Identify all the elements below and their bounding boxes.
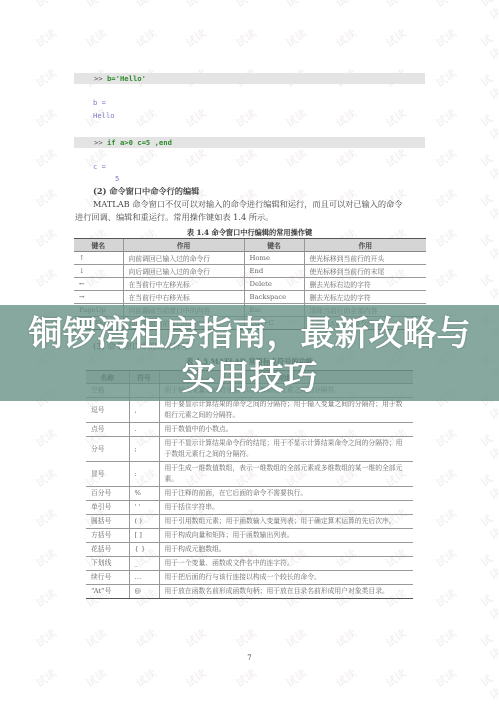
- table-caption: 表 1.4 命令窗口中行编辑的常用操作键: [0, 228, 499, 238]
- table-header-row: 键名 作用 键名 作用: [74, 239, 426, 252]
- name-cell: 方括号: [86, 529, 129, 543]
- function-cell: 使光标移到当前行的末尾: [304, 265, 426, 278]
- symbol-cell: ,: [129, 398, 159, 423]
- symbol-cell: _: [129, 557, 159, 571]
- function-cell: 用于注释的前面，在它后面的命令不需要执行。: [159, 487, 413, 501]
- column-header: 作用: [304, 239, 426, 252]
- command-text: b='Hello': [107, 74, 146, 83]
- key-cell: End: [244, 265, 304, 278]
- code-output-var-1: b =: [93, 98, 106, 107]
- name-cell: 冒号: [86, 462, 129, 487]
- function-cell: 删去光标左边的字符: [304, 291, 426, 304]
- code-output-val-2: 5: [115, 174, 119, 183]
- symbol-cell: @: [129, 585, 159, 599]
- table-row: 续行号…用于把后面的行与该行连接以构成一个较长的命令。: [86, 571, 413, 585]
- symbol-cell: %: [129, 487, 159, 501]
- command-text: if a>0 c=5 ,end: [107, 138, 172, 147]
- name-cell: 花括号: [86, 543, 129, 557]
- table-row: 分号;用于不显示计算结果命令行的结尾；用于不显示计算结果命令之间的分隔符；用于数…: [86, 437, 413, 462]
- table-row: 下划线_用于一个变量、函数或文件名中的连字符。: [86, 557, 413, 571]
- table-row: 逗号,用于要显示计算结果的命令之间的分隔符；用于输入变量之间的分隔符；用于数组行…: [86, 398, 413, 423]
- function-cell: 在当前行中左移光标: [123, 278, 244, 291]
- function-cell: 用于生成一维数值数组，表示一维数组的全部元素或多维数组的某一维的全部元素。: [159, 462, 413, 487]
- symbol-cell: ( ): [129, 515, 159, 529]
- function-cell: 用于一个变量、函数或文件名中的连字符。: [159, 557, 413, 571]
- name-cell: 点号: [86, 423, 129, 437]
- symbol-cell: { }: [129, 543, 159, 557]
- banner-title-line-2: 实用技巧: [0, 356, 499, 400]
- function-cell: 用于括住字符串。: [159, 501, 413, 515]
- column-header: 键名: [244, 239, 304, 252]
- punctuation-table: 名称 符号 功能 空格用于输入变量之间的分隔符以及数组行元素之间的分隔符。逗号,…: [86, 370, 413, 599]
- symbol-cell: ;: [129, 437, 159, 462]
- symbol-cell: .: [129, 423, 159, 437]
- name-cell: 单引号: [86, 501, 129, 515]
- name-cell: 续行号: [86, 571, 129, 585]
- symbol-cell: [ ]: [129, 529, 159, 543]
- function-cell: 用于构成元胞数组。: [159, 543, 413, 557]
- name-cell: 逗号: [86, 398, 129, 423]
- key-cell: ↑: [74, 252, 123, 265]
- function-cell: 用于数值中的小数点。: [159, 423, 413, 437]
- key-cell: Backspace: [244, 291, 304, 304]
- table-row: 方括号[ ]用于构成向量和矩阵；用于函数输出列表。: [86, 529, 413, 543]
- table-row: ↓ 向后调回已输入过的命令行 End 使光标移到当前行的末尾: [74, 265, 426, 278]
- paragraph-line: MATLAB 命令窗口不仅可以对输入的命令进行编辑和运行，而且可以对已输入的命令: [93, 198, 402, 211]
- table-row: ↑ 向前调回已输入过的命令行 Home 使光标移到当前行的开头: [74, 252, 426, 265]
- name-cell: 百分号: [86, 487, 129, 501]
- function-cell: 向前调回已输入过的命令行: [123, 252, 244, 265]
- function-cell: 用于引用数组元素；用于函数输入变量列表；用于确定算术运算的先后次序。: [159, 515, 413, 529]
- column-header: 键名: [74, 239, 123, 252]
- function-cell: 用于把后面的行与该行连接以构成一个较长的命令。: [159, 571, 413, 585]
- table-row: → 在当前行中右移光标 Backspace 删去光标左边的字符: [74, 291, 426, 304]
- key-cell: ↓: [74, 265, 123, 278]
- name-cell: 下划线: [86, 557, 129, 571]
- table-row: 冒号:用于生成一维数值数组，表示一维数组的全部元素或多维数组的某一维的全部元素。: [86, 462, 413, 487]
- function-cell: 用于构成向量和矩阵；用于函数输出列表。: [159, 529, 413, 543]
- key-cell: ←: [74, 278, 123, 291]
- table-row: 单引号' '用于括住字符串。: [86, 501, 413, 515]
- banner-title: 铜锣湾租房指南，最新攻略与 实用技巧: [0, 312, 499, 400]
- table-row: 百分号%用于注释的前面，在它后面的命令不需要执行。: [86, 487, 413, 501]
- symbol-cell: ' ': [129, 501, 159, 515]
- name-cell: 圆括号: [86, 515, 129, 529]
- function-cell: 用于要显示计算结果的命令之间的分隔符；用于输入变量之间的分隔符；用于数组行元素之…: [159, 398, 413, 423]
- prompt: >>: [94, 138, 103, 147]
- key-cell: Delete: [244, 278, 304, 291]
- key-cell: Home: [244, 252, 304, 265]
- function-cell: 用于不显示计算结果命令行的结尾；用于不显示计算结果命令之间的分隔符；用于数组元素…: [159, 437, 413, 462]
- symbol-cell: :: [129, 462, 159, 487]
- function-cell: 删去光标右边的字符: [304, 278, 426, 291]
- section-heading: (2) 命令窗口中命令行的编辑: [93, 185, 199, 198]
- function-cell: 在当前行中右移光标: [123, 291, 244, 304]
- function-cell: 使光标移到当前行的开头: [304, 252, 426, 265]
- function-cell: 用于放在函数名前形成函数句柄；用于放在目录名前形成用户对象类目录。: [159, 585, 413, 599]
- column-header: 作用: [123, 239, 244, 252]
- paragraph-line: 进行回调、编辑和重运行。常用操作键如表 1.4 所示。: [75, 211, 273, 224]
- key-cell: →: [74, 291, 123, 304]
- page-number: 7: [0, 654, 499, 662]
- table-row: 点号.用于数值中的小数点。: [86, 423, 413, 437]
- code-output-val-1: Hello: [93, 111, 115, 120]
- function-cell: 向后调回已输入过的命令行: [123, 265, 244, 278]
- symbol-cell: …: [129, 571, 159, 585]
- name-cell: “At”号: [86, 585, 129, 599]
- name-cell: 分号: [86, 437, 129, 462]
- code-command-1: >> b='Hello': [74, 73, 425, 84]
- banner-title-line-1: 铜锣湾租房指南，最新攻略与: [0, 312, 499, 356]
- table-row: 圆括号( )用于引用数组元素；用于函数输入变量列表；用于确定算术运算的先后次序。: [86, 515, 413, 529]
- table-row: “At”号@用于放在函数名前形成函数句柄；用于放在目录名前形成用户对象类目录。: [86, 585, 413, 599]
- table-row: ← 在当前行中左移光标 Delete 删去光标右边的字符: [74, 278, 426, 291]
- code-output-var-2: c =: [93, 162, 106, 171]
- prompt: >>: [94, 74, 103, 83]
- table-row: 花括号{ }用于构成元胞数组。: [86, 543, 413, 557]
- code-command-2: >> if a>0 c=5 ,end: [74, 137, 425, 148]
